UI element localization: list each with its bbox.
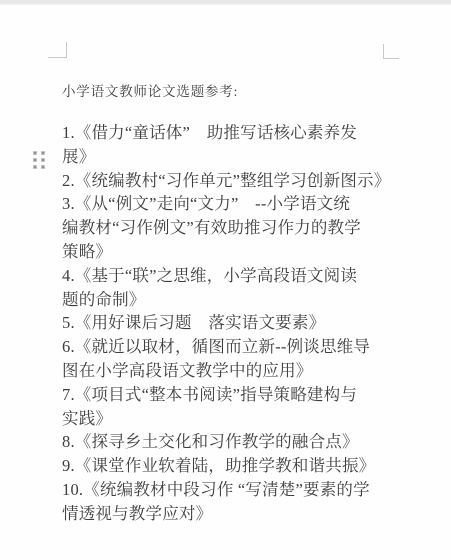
doc-line-16[interactable]: 10.《统编教材中段习作 “写清楚”要素的学 [62,478,414,502]
drag-handle-dot [41,165,45,169]
doc-line-12[interactable]: 7.《项目式“整本书阅读”指导策略建构与 [62,383,414,407]
doc-line-2[interactable]: 展》 [62,145,414,169]
drag-handle-dot [33,158,37,162]
doc-line-5[interactable]: 编教材“习作例文”有效助推习作力的教学 [62,216,414,240]
doc-line-13[interactable]: 实践》 [62,407,414,431]
doc-line-11[interactable]: 图在小学高段语文教学中的应用》 [62,359,414,383]
document-title[interactable]: 小学语文教师论文选题参考: [62,80,238,100]
doc-line-9[interactable]: 5.《用好课后习题 落实语文要素》 [62,311,414,335]
doc-line-1[interactable]: 1.《借力“童话体” 助推写话核心素养发 [62,121,414,145]
window-top-edge [0,0,451,5]
doc-line-3[interactable]: 2.《统编教村“习作单元”整组学习创新图示》 [62,169,414,193]
doc-line-7[interactable]: 4.《基于“联”之思维，小学高段语文阅读 [62,264,414,288]
drag-handle-icon[interactable] [33,151,47,171]
doc-line-6[interactable]: 策略》 [62,240,414,264]
document-text-area[interactable]: 1.《借力“童话体” 助推写话核心素养发 展》 2.《统编教村“习作单元”整组学… [62,121,414,526]
drag-handle-dot [33,165,37,169]
doc-line-17[interactable]: 情透视与教学应对》 [62,502,414,526]
page-margin-mark-top-left-icon [48,42,67,58]
document-page: 小学语文教师论文选题参考: 1.《借力“童话体” 助推写话核心素养发 展》 2.… [0,0,451,560]
doc-line-4[interactable]: 3.《从“例文”走向“文力” --小学语文统 [62,192,414,216]
page-margin-mark-top-right-icon [383,44,399,59]
drag-handle-dot [33,151,37,155]
doc-line-10[interactable]: 6.《就近以取材，循图而立新--例谈思维导 [62,335,414,359]
doc-line-14[interactable]: 8.《探寻乡土交化和习作教学的融合点》 [62,430,414,454]
doc-line-15[interactable]: 9.《课堂作业软着陆，助推学教和谐共振》 [62,454,414,478]
drag-handle-dot [41,158,45,162]
drag-handle-dot [41,151,45,155]
doc-line-8[interactable]: 题的命制》 [62,288,414,312]
